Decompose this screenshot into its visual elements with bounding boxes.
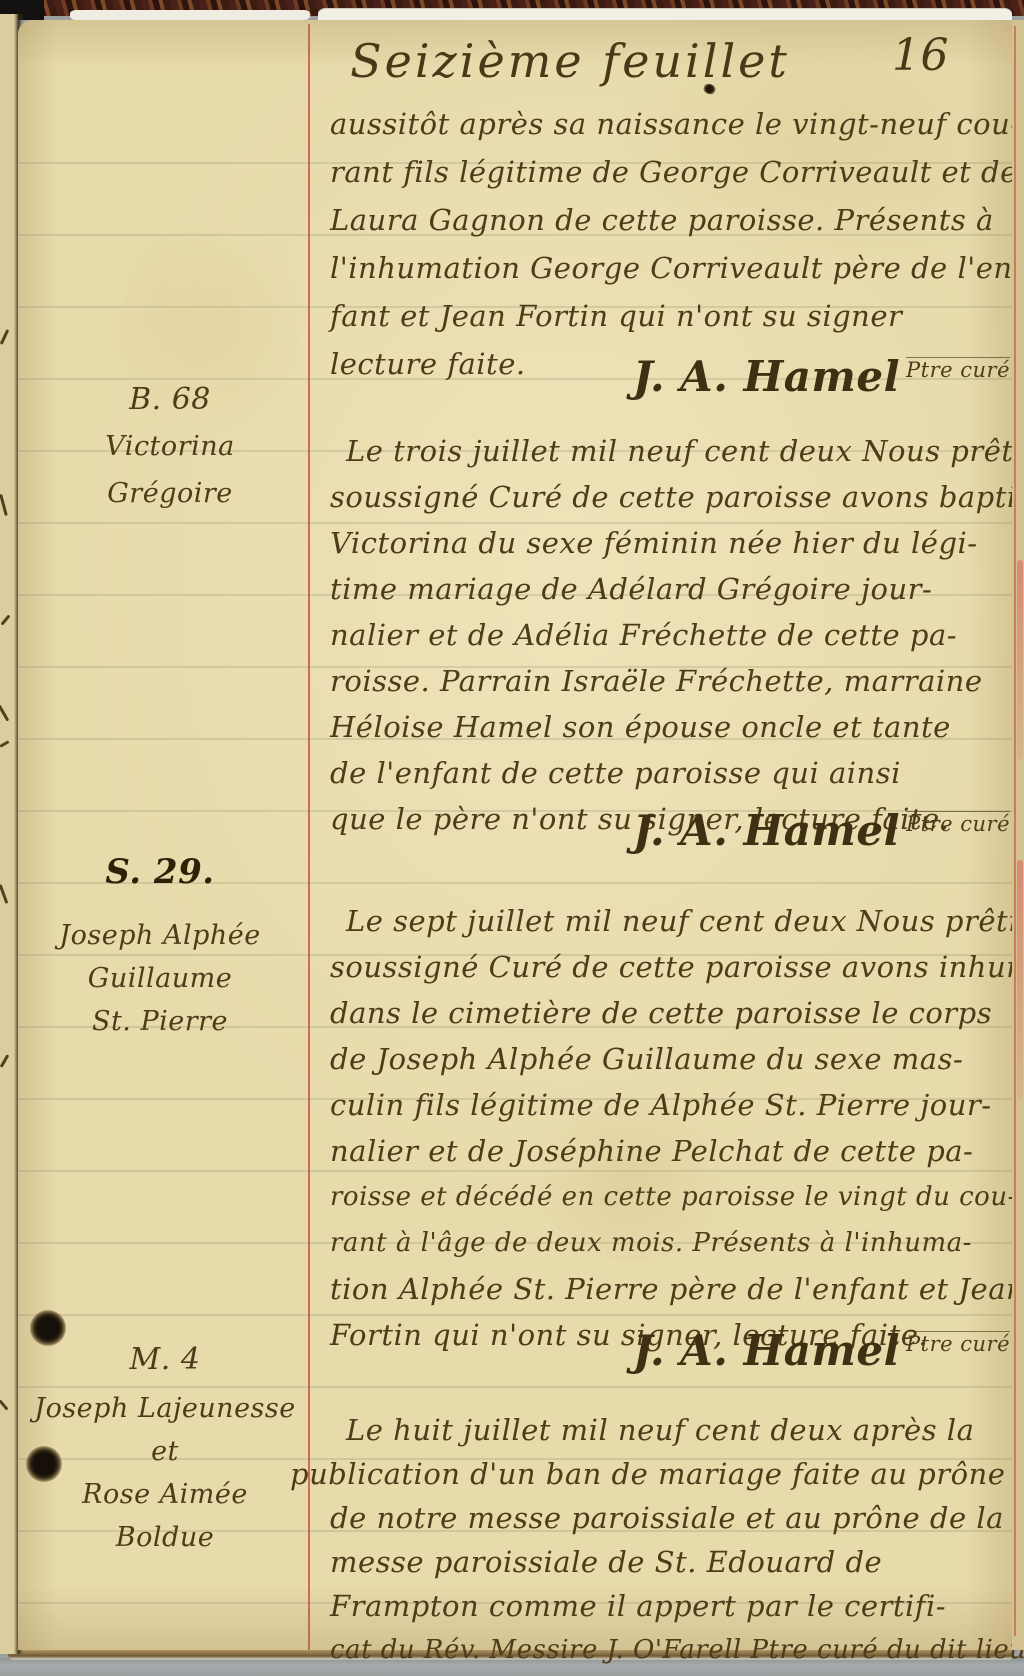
fore-edge-red-line [1014, 26, 1016, 1636]
record-line: soussigné Curé de cette paroisse avons b… [330, 474, 1024, 520]
margin-entry-burial: S. 29. Joseph Alphée Guillaume St. Pierr… [30, 852, 290, 1037]
record-burial-continuation: aussitôt après sa naissance le vingt-neu… [330, 100, 1023, 388]
record-line: l'inhumation George Corriveault père de … [330, 244, 1023, 292]
stray-ink-mark [0, 614, 10, 625]
record-line: aussitôt après sa naissance le vingt-neu… [330, 100, 1023, 148]
record-line: time mariage de Adélard Grégoire jour- [330, 566, 1024, 612]
margin-name: et [30, 1436, 300, 1467]
fore-edge-marbling [1017, 860, 1023, 1100]
underlying-page-edge [70, 10, 310, 20]
signature-name: J. A. Hamel [633, 806, 900, 855]
signature-title: Ptre curé [906, 357, 1010, 382]
margin-code: S. 29. [30, 852, 290, 892]
record-line: Le trois juillet mil neuf cent deux Nous… [346, 428, 1024, 474]
record-line: dans le cimetière de cette paroisse le c… [330, 990, 1024, 1036]
record-line: de notre messe paroissiale et au prône d… [330, 1496, 1024, 1540]
record-line: de Joseph Alphée Guillaume du sexe mas- [330, 1036, 1024, 1082]
folio-number: 16 [892, 30, 949, 81]
record-line: nalier et de Joséphine Pelchat de cette … [330, 1128, 1024, 1174]
record-line: publication d'un ban de mariage faite au… [290, 1452, 1024, 1496]
margin-name: Guillaume [30, 963, 290, 994]
record-line: Frampton comme il appert par le certifi- [330, 1584, 1024, 1628]
fore-edge-marbling [1017, 560, 1023, 760]
margin-entry-marriage: M. 4 Joseph Lajeunesse et Rose Aimée Bol… [30, 1342, 300, 1553]
record-line: Laura Gagnon de cette paroisse. Présents… [330, 196, 1023, 244]
record-line: Le huit juillet mil neuf cent deux après… [346, 1408, 1024, 1452]
signature-title: Ptre curé [906, 811, 1010, 836]
stray-ink-mark [0, 494, 8, 516]
priest-signature: J. A. HamelPtre curé [590, 352, 1010, 401]
record-line: tion Alphée St. Pierre père de l'enfant … [330, 1266, 1024, 1312]
margin-code: M. 4 [30, 1342, 300, 1377]
margin-name: Joseph Lajeunesse [30, 1393, 300, 1424]
margin-rule-line [308, 24, 310, 1650]
margin-code: B. 68 [40, 382, 300, 417]
record-burial: Le sept juillet mil neuf cent deux Nous … [330, 898, 1024, 1358]
margin-name: Grégoire [40, 478, 300, 509]
stray-ink-mark [0, 740, 10, 748]
priest-signature: J. A. HamelPtre curé [590, 806, 1010, 855]
record-line: soussigné Curé de cette paroisse avons i… [330, 944, 1024, 990]
stray-ink-mark [0, 1054, 9, 1068]
record-line: Le sept juillet mil neuf cent deux Nous … [346, 898, 1024, 944]
signature-name: J. A. Hamel [633, 352, 900, 401]
margin-name: Victorina [40, 431, 300, 462]
margin-name: St. Pierre [30, 1006, 290, 1037]
record-line: Victorina du sexe féminin née hier du lé… [330, 520, 1024, 566]
margin-name: Rose Aimée [30, 1479, 300, 1510]
record-line: roisse. Parrain Israële Fréchette, marra… [330, 658, 1024, 704]
record-line: messe paroissiale de St. Edouard de [330, 1540, 1024, 1584]
record-line: rant à l'âge de deux mois. Présents à l'… [330, 1220, 1024, 1266]
signature-title: Ptre curé [906, 1331, 1010, 1356]
record-baptism: Le trois juillet mil neuf cent deux Nous… [330, 428, 1024, 842]
stray-ink-mark [0, 329, 9, 345]
scanned-register-page: Seizième feuillet 16 aussitôt après sa n… [0, 0, 1024, 1676]
record-line: cat du Rév. Messire J. O'Farell Ptre cur… [330, 1628, 1024, 1672]
punch-hole [30, 1310, 66, 1346]
margin-entry-baptism: B. 68 Victorina Grégoire [40, 382, 300, 509]
margin-name: Joseph Alphée [30, 920, 290, 951]
record-line: rant fils légitime de George Corriveault… [330, 148, 1023, 196]
record-line: culin fils légitime de Alphée St. Pierre… [330, 1082, 1024, 1128]
record-line: de l'enfant de cette paroisse qui ainsi [330, 750, 1024, 796]
margin-name: Boldue [30, 1522, 300, 1553]
record-line: fant et Jean Fortin qui n'ont su signer [330, 292, 1023, 340]
priest-signature: J. A. HamelPtre curé [590, 1326, 1010, 1375]
signature-name: J. A. Hamel [633, 1326, 900, 1375]
stray-ink-mark [0, 884, 8, 904]
punch-hole [26, 1446, 62, 1482]
record-line: roisse et décédé en cette paroisse le vi… [330, 1174, 1024, 1220]
stray-ink-mark [0, 1399, 9, 1410]
record-marriage: Le huit juillet mil neuf cent deux après… [330, 1408, 1024, 1672]
page-title: Seizième feuillet [340, 34, 800, 88]
record-line: nalier et de Adélia Fréchette de cette p… [330, 612, 1024, 658]
stray-ink-mark [0, 704, 9, 721]
record-line: Héloise Hamel son épouse oncle et tante [330, 704, 1024, 750]
